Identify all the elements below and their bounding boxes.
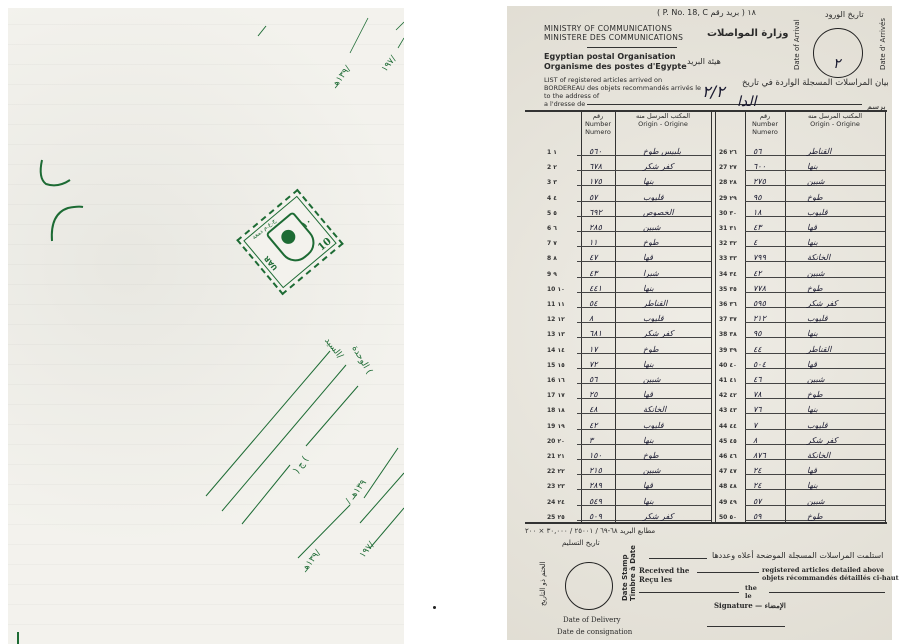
handwritten-date: ٢/٢ xyxy=(702,82,725,101)
handwritten-number: ٤٧ xyxy=(589,253,598,262)
delivery-stamp-circle xyxy=(565,562,613,610)
handwritten-number: ٤٣ xyxy=(753,223,762,232)
column-divider xyxy=(785,112,786,524)
form-number: ( P. No. 18, C ١٨ ( بريد رقم xyxy=(657,8,756,17)
handwritten-origin: القناطر xyxy=(807,147,831,156)
received-year-field[interactable] xyxy=(769,592,885,593)
arrival-handwritten: ٢ xyxy=(833,56,841,72)
handwritten-number: ٤٤١ xyxy=(589,284,602,293)
row-index: 48 ٤٨ xyxy=(719,483,737,490)
column-divider xyxy=(581,112,582,524)
handwritten-number: ٤٤ xyxy=(753,345,762,354)
delivery-date-en: Date of Delivery xyxy=(563,616,621,624)
handwritten-origin: قليوب xyxy=(643,314,664,323)
handwritten-origin: قها xyxy=(643,390,653,399)
stamp-value: 10 xyxy=(316,236,334,253)
col-header-origin-left: المكتب المرسل منه Origin - Origine xyxy=(617,112,709,128)
green-guide-lines xyxy=(8,8,404,644)
handwritten-origin: قها xyxy=(643,481,653,490)
handwritten-number: ٥٦ xyxy=(589,375,598,384)
signature-label: Signature — الإمضاء xyxy=(714,601,786,610)
handwritten-origin: قها xyxy=(643,253,653,262)
handwritten-number: ٨ xyxy=(589,314,593,323)
handwritten-origin: طوخ xyxy=(643,238,659,247)
handwritten-origin: كفر شكر xyxy=(643,512,673,521)
row-index: 49 ٤٩ xyxy=(719,499,737,506)
handwritten-origin: بنها xyxy=(807,329,818,338)
handwritten-origin: قها xyxy=(807,466,817,475)
received-label: Received the Reçu les xyxy=(639,566,689,584)
left-page-letter-sheet: ١٣٩هـ/ ١٩٧/ السيد/ الوحدة ( ) ج ( ١٣٩هـ/… xyxy=(8,8,404,644)
row-index: 37 ٣٧ xyxy=(719,316,737,323)
delivery-stamp-ar: الختم ذو التاريخ xyxy=(539,562,547,607)
handwritten-number: ٢١٢ xyxy=(753,314,766,323)
row-index: 31 ٣١ xyxy=(719,225,737,232)
handwritten-origin: بنها xyxy=(807,405,818,414)
row-index: 36 ٣٦ xyxy=(719,301,737,308)
handwritten-origin: القناطر xyxy=(643,299,667,308)
handwritten-number: ٩٥ xyxy=(753,329,762,338)
row-index: 19 ١٩ xyxy=(547,423,565,430)
handwritten-number: ٢٧٥ xyxy=(753,177,766,186)
org-fr: Organisme des postes d'Egypte xyxy=(544,62,687,72)
row-index: 3 ٣ xyxy=(547,179,557,186)
handwritten-number: ٢١٥ xyxy=(589,466,602,475)
handwritten-number: ٥٠٤ xyxy=(753,360,766,369)
handwritten-number: ٤٦ xyxy=(753,375,762,384)
row-index: 42 ٤٢ xyxy=(719,392,737,399)
row-index: 35 ٣٥ xyxy=(719,286,737,293)
row-index: 25 ٢٥ xyxy=(547,514,565,521)
handwritten-origin: طوخ xyxy=(807,284,823,293)
registered-articles-table: رقم Number Numero المكتب المرسل منه Orig… xyxy=(547,112,887,524)
handwritten-origin: الخانكة xyxy=(643,405,666,414)
handwritten-origin: بنها xyxy=(643,360,654,369)
row-index: 7 ٧ xyxy=(547,240,557,247)
row-index: 33 ٣٣ xyxy=(719,255,737,262)
handwritten-origin: الخانكة xyxy=(807,253,830,262)
handwritten-origin: القناطر xyxy=(807,345,831,354)
list-fr: BORDEREAU des objets recommandés arrivés… xyxy=(544,84,701,92)
ministry-name-en-fr: MINISTRY OF COMMUNICATIONS MINISTERE DES… xyxy=(544,24,683,42)
row-index: 5 ٥ xyxy=(547,210,557,217)
handwritten-origin: الخانكة xyxy=(807,451,830,460)
handwritten-number: ٦٨١ xyxy=(589,329,602,338)
delivery-date-ar: تاريخ التسليم xyxy=(562,539,600,547)
address-line xyxy=(587,104,862,105)
row-index: 28 ٢٨ xyxy=(719,179,737,186)
handwritten-number: ٦٠٠ xyxy=(753,162,766,171)
row-index: 34 ٣٤ xyxy=(719,271,737,278)
handwritten-number: ٤٢ xyxy=(589,421,598,430)
column-divider xyxy=(715,112,716,524)
row-index: 18 ١٨ xyxy=(547,407,565,414)
row-index: 12 ١٢ xyxy=(547,316,565,323)
handwritten-number: ٨٧٦ xyxy=(753,451,766,460)
to-address-en: to the address of xyxy=(544,92,701,100)
handwritten-origin: قها xyxy=(807,360,817,369)
arrival-date-fr: Date d' Arrivés xyxy=(879,18,887,70)
row-index: 32 ٣٢ xyxy=(719,240,737,247)
handwritten-origin: قليوب xyxy=(643,193,664,202)
row-index: 43 ٤٣ xyxy=(719,407,737,414)
row-index: 46 ٤٦ xyxy=(719,453,737,460)
handwritten-origin: شبين xyxy=(807,269,825,278)
the-le-label: the le xyxy=(745,584,757,600)
stamp-country-text: UAR xyxy=(263,254,280,272)
row-index: 10 ١٠ xyxy=(547,286,565,293)
handwritten-number: ٦٩٢ xyxy=(589,208,602,217)
col-header-number-right: رقم Number Numero xyxy=(747,112,783,136)
row-index: 50 ٥٠ xyxy=(719,514,737,521)
handwritten-number: ٧٨ xyxy=(753,390,762,399)
handwritten-origin: قليوب xyxy=(807,314,828,323)
row-index: 17 ١٧ xyxy=(547,392,565,399)
handwritten-number: ٤٨ xyxy=(589,405,598,414)
row-index: 1 ١ xyxy=(547,149,557,156)
handwritten-origin: بلبيس طوخ xyxy=(643,147,681,156)
handwritten-origin: قها xyxy=(807,223,817,232)
handwritten-number: ٤٢ xyxy=(753,269,762,278)
handwritten-number: ٥٧ xyxy=(589,193,598,202)
handwritten-origin: طوخ xyxy=(807,512,823,521)
signature-field[interactable] xyxy=(707,626,785,627)
handwritten-number: ١٧٥ xyxy=(589,177,602,186)
right-page-postal-form: ( P. No. 18, C ١٨ ( بريد رقم MINISTRY OF… xyxy=(507,6,892,640)
row-index: 38 ٣٨ xyxy=(719,331,737,338)
handwritten-origin: بنها xyxy=(643,177,654,186)
ministry-ar: وزارة المواصلات xyxy=(707,28,788,39)
list-title-ar: بيان المراسلات المسجلة الواردة في تاريخ xyxy=(742,78,889,88)
handwritten-number: ٥٤٩ xyxy=(589,497,602,506)
handwritten-origin: شبين xyxy=(643,223,661,232)
handwritten-number: ٥٤ xyxy=(589,299,598,308)
handwritten-number: ٢٤ xyxy=(753,466,762,475)
header-divider xyxy=(587,47,677,48)
handwritten-number: ٥٦٠ xyxy=(589,147,602,156)
handwritten-number: ٧٢ xyxy=(589,360,598,369)
row-index: 24 ٢٤ xyxy=(547,499,565,506)
column-divider xyxy=(711,112,712,524)
handwritten-origin: الخصوص xyxy=(643,208,674,217)
delivery-date-fr: Date de consignation xyxy=(557,628,632,636)
handwritten-number: ٦٧٨ xyxy=(589,162,602,171)
handwritten-number: ٤٣ xyxy=(589,269,598,278)
handwritten-origin: شبين xyxy=(807,177,825,186)
row-index: 29 ٢٩ xyxy=(719,195,737,202)
handwritten-addressee: الدا xyxy=(737,94,756,110)
handwritten-number: ٥٧ xyxy=(753,497,762,506)
handwritten-origin: شبين xyxy=(807,375,825,384)
handwritten-origin: شبين xyxy=(643,375,661,384)
handwritten-origin: بنها xyxy=(807,238,818,247)
row-index: 45 ٤٥ xyxy=(719,438,737,445)
handwritten-origin: طوخ xyxy=(643,345,659,354)
organisation-en-fr: Egyptian postal Organisation Organisme d… xyxy=(544,52,687,72)
handwritten-number: ٥٩ xyxy=(753,512,762,521)
handwritten-origin: بنها xyxy=(643,497,654,506)
row-index: 44 ٤٤ xyxy=(719,423,737,430)
row-index: 8 ٨ xyxy=(547,255,557,262)
row-index: 16 ١٦ xyxy=(547,377,565,384)
row-index: 39 ٣٩ xyxy=(719,347,737,354)
handwritten-number: ٥٠٩ xyxy=(589,512,602,521)
row-index: 6 ٦ xyxy=(547,225,557,232)
handwritten-origin: كفر شكر xyxy=(643,329,673,338)
handwritten-origin: كفر شكر xyxy=(807,436,837,445)
ministry-en: MINISTRY OF COMMUNICATIONS xyxy=(544,24,683,33)
row-index: 14 ١٤ xyxy=(547,347,565,354)
handwritten-number: ٨ xyxy=(753,436,757,445)
list-en: LIST of registered articles arrived on xyxy=(544,76,701,84)
handwritten-origin: كفر شكر xyxy=(643,162,673,171)
table-bottom-rule xyxy=(525,522,887,524)
handwritten-origin: قليوب xyxy=(643,421,664,430)
row-index: 40 ٤٠ xyxy=(719,362,737,369)
arrival-date-en: Date of Arrival xyxy=(793,19,801,70)
row-index: 23 ٢٣ xyxy=(547,483,565,490)
handwritten-number: ٢٥ xyxy=(589,390,598,399)
col-header-number-left: رقم Number Numero xyxy=(581,112,615,136)
ministry-fr: MINISTERE DES COMMUNICATIONS xyxy=(544,33,683,42)
handwritten-number: ٩٥ xyxy=(753,193,762,202)
handwritten-number: ٧٩٩ xyxy=(753,253,766,262)
acknowledgement-ar: استلمت المراسلات المسجلة الموضحة أعلاه و… xyxy=(712,551,883,560)
handwritten-number: ٤ xyxy=(753,238,757,247)
handwritten-origin: قليوب xyxy=(807,208,828,217)
handwritten-origin: شبين xyxy=(643,466,661,475)
handwritten-number: ١١ xyxy=(589,238,598,247)
handwritten-number: ٢٨٥ xyxy=(589,223,602,232)
handwritten-number: ١٥٠ xyxy=(589,451,602,460)
row-index: 27 ٢٧ xyxy=(719,164,737,171)
handwritten-number: ١٧ xyxy=(589,345,598,354)
handwritten-number: ١٨ xyxy=(753,208,762,217)
handwritten-origin: طوخ xyxy=(807,390,823,399)
row-index: 13 ١٣ xyxy=(547,331,565,338)
row-index: 9 ٩ xyxy=(547,271,557,278)
arrival-date-ar: تاريخ الورود xyxy=(825,10,864,19)
handwritten-origin: قليوب xyxy=(807,421,828,430)
handwritten-origin: شبين xyxy=(807,497,825,506)
handwritten-origin: بنها xyxy=(807,481,818,490)
row-index: 15 ١٥ xyxy=(547,362,565,369)
handwritten-origin: بنها xyxy=(643,284,654,293)
handwritten-number: ٧ xyxy=(753,421,757,430)
row-index: 21 ٢١ xyxy=(547,453,565,460)
col-header-origin-right: المكتب المرسل منه Origin - Origine xyxy=(787,112,883,128)
handwritten-origin: شبرا xyxy=(643,269,659,278)
received-count-field[interactable] xyxy=(697,572,759,573)
date-stamp-label: Date Stamp Timbre à Date xyxy=(621,545,637,601)
handwritten-origin: طوخ xyxy=(807,193,823,202)
handwritten-origin: كفر شكر xyxy=(807,299,837,308)
handwritten-number: ٢٤ xyxy=(753,481,762,490)
handwritten-origin: بنها xyxy=(643,436,654,445)
row-index: 20 ٢٠ xyxy=(547,438,565,445)
column-divider xyxy=(885,112,886,524)
count-line xyxy=(649,558,707,559)
row-index: 22 ٢٢ xyxy=(547,468,565,475)
row-index: 26 ٢٦ xyxy=(719,149,737,156)
row-index: 4 ٤ xyxy=(547,195,557,202)
org-en: Egyptian postal Organisation xyxy=(544,52,687,62)
handwritten-number: ٢٨٩ xyxy=(589,481,602,490)
row-index: 47 ٤٧ xyxy=(719,468,737,475)
row-index: 41 ٤١ xyxy=(719,377,737,384)
handwritten-number: ٥٦ xyxy=(753,147,762,156)
handwritten-number: ٣ xyxy=(589,436,593,445)
column-divider xyxy=(745,112,746,524)
column-divider xyxy=(615,112,616,524)
handwritten-origin: طوخ xyxy=(643,451,659,460)
handwritten-number: ٥٩٥ xyxy=(753,299,766,308)
registered-articles-label: registered articles detailed above objet… xyxy=(762,566,899,582)
printer-line: مطابع البريد ٦٨-٦٩ / ٢٥٠٠١ / ٣٠,٠٠٠ × ٢٠… xyxy=(525,527,655,535)
handwritten-number: ٧٧٨ xyxy=(753,284,766,293)
row-index: 11 ١١ xyxy=(547,301,565,308)
handwritten-origin: بنها xyxy=(807,162,818,171)
received-date-field[interactable] xyxy=(639,592,739,593)
handwritten-number: ٧٦ xyxy=(753,405,762,414)
row-index: 2 ٢ xyxy=(547,164,557,171)
scan-dot xyxy=(433,606,436,609)
org-ar: هيئة البريد xyxy=(687,57,721,66)
row-index: 30 ٣٠ xyxy=(719,210,737,217)
